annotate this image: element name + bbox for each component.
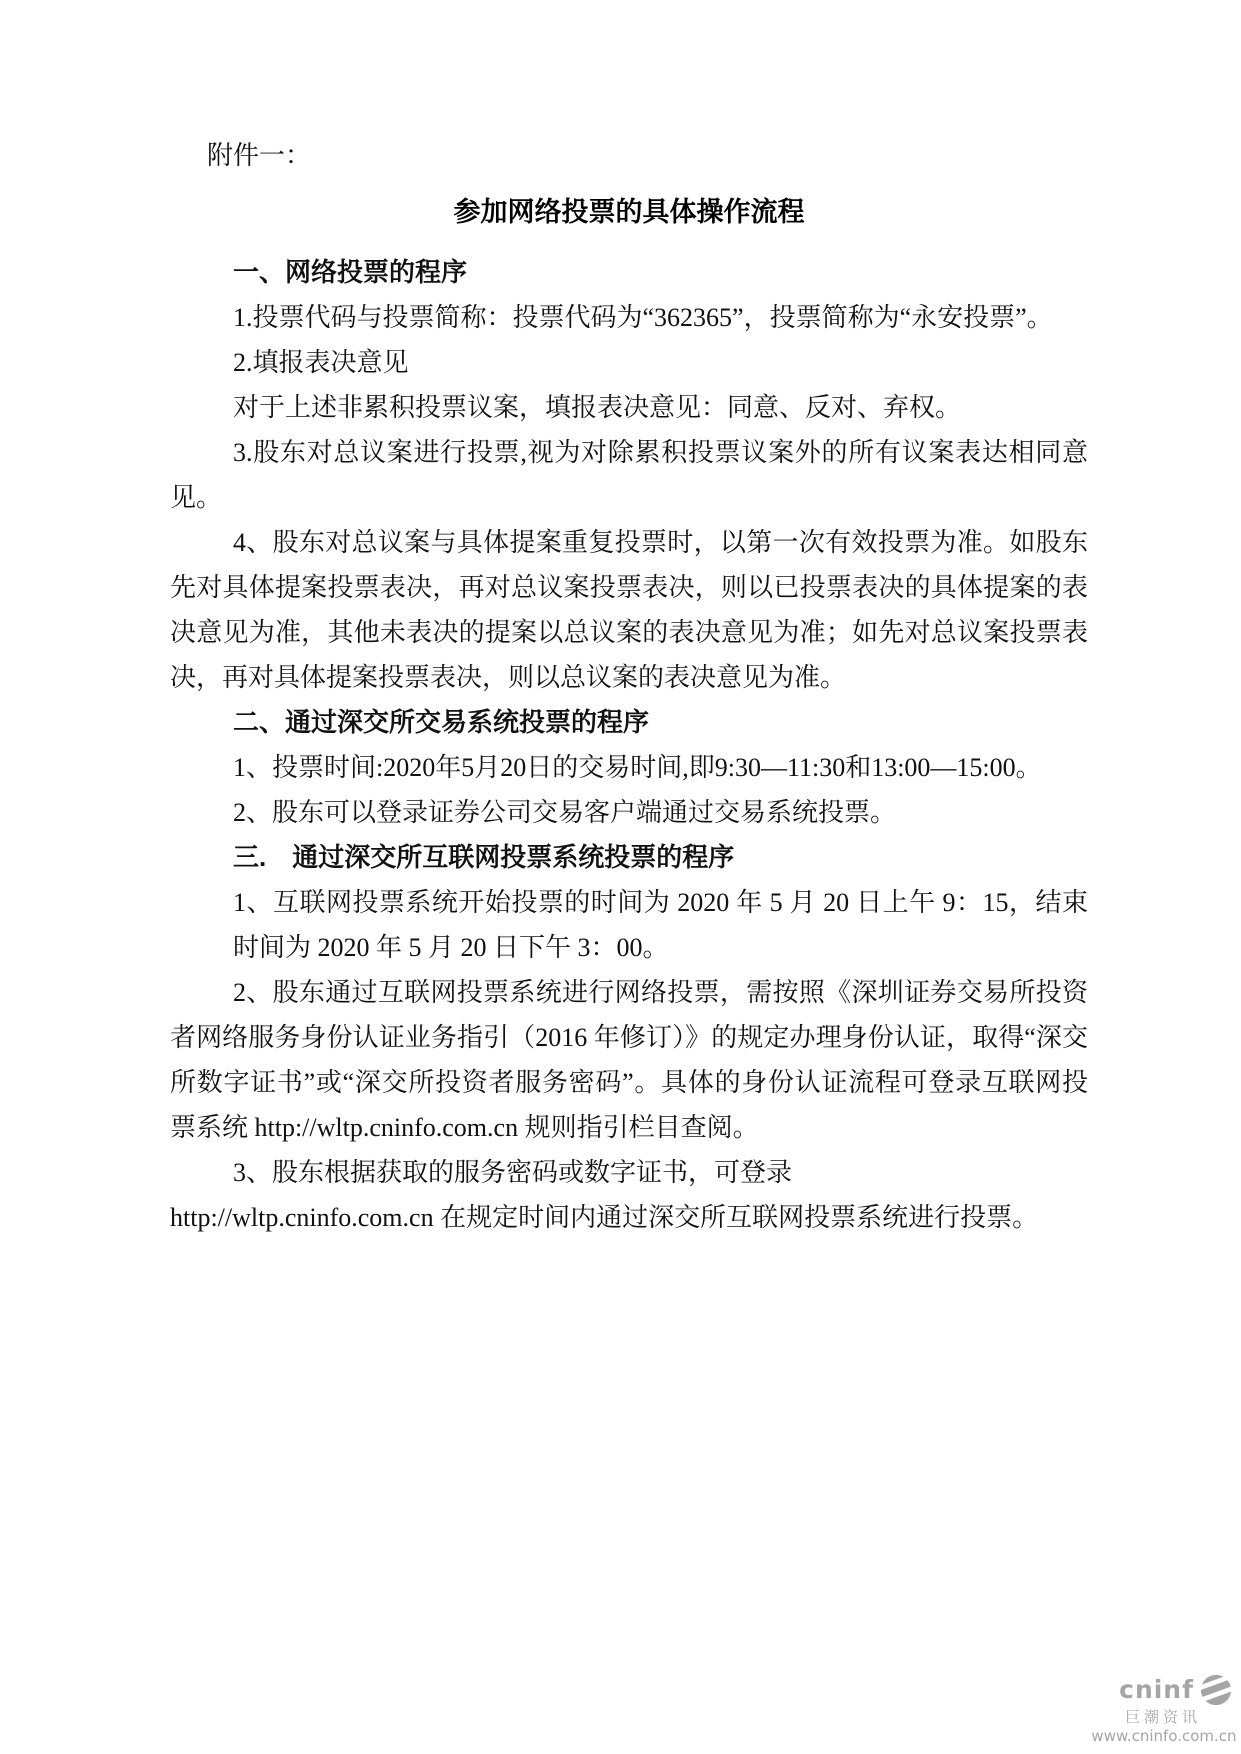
- section-1-paragraph-4: 3.股东对总议案进行投票,视为对除累积投票议案外的所有议案表达相同意见。: [170, 430, 1088, 520]
- section-1-paragraph-3: 对于上述非累积投票议案，填报表决意见：同意、反对、弃权。: [170, 385, 1088, 430]
- cninfo-logo-row: cninf: [1089, 1673, 1239, 1707]
- cninfo-footer-logo: cninf 巨潮资讯 www.cninfo.com.cn: [1089, 1673, 1239, 1746]
- section-2-paragraph-1: 1、投票时间:2020年5月20日的交易时间,即9:30—11:30和13:00…: [170, 745, 1088, 790]
- section-2-paragraph-2: 2、股东可以登录证券公司交易客户端通过交易系统投票。: [170, 790, 1088, 835]
- section-3-paragraph-1: 1、互联网投票系统开始投票的时间为 2020 年 5 月 20 日上午 9：15…: [233, 880, 1088, 970]
- document-page: 附件一： 参加网络投票的具体操作流程 一、网络投票的程序 1.投票代码与投票简称…: [0, 0, 1241, 1754]
- section-3-heading: 三. 通过深交所互联网投票系统投票的程序: [170, 835, 1088, 880]
- section-3-paragraph-2: 2、股东通过互联网投票系统进行网络投票，需按照《深圳证券交易所投资者网络服务身份…: [170, 970, 1088, 1150]
- cninfo-globe-icon: [1197, 1673, 1235, 1707]
- page-title: 参加网络投票的具体操作流程: [170, 187, 1088, 237]
- cninfo-brand-chinese: 巨潮资讯: [1089, 1707, 1239, 1727]
- cninfo-website-url: www.cninfo.com.cn: [1089, 1727, 1239, 1746]
- section-3-paragraph-3-line-2: http://wltp.cninfo.com.cn 在规定时间内通过深交所互联网…: [170, 1203, 1038, 1232]
- attachment-label: 附件一：: [207, 133, 1088, 178]
- section-1-paragraph-5: 4、股东对总议案与具体提案重复投票时，以第一次有效投票为准。如股东先对具体提案投…: [170, 520, 1088, 700]
- document-body: 附件一： 参加网络投票的具体操作流程 一、网络投票的程序 1.投票代码与投票简称…: [170, 133, 1088, 1240]
- cninfo-logo-wordmark: cninf: [1119, 1677, 1194, 1703]
- section-2-heading: 二、通过深交所交易系统投票的程序: [170, 700, 1088, 745]
- section-1-paragraph-1: 1.投票代码与投票简称：投票代码为“362365”，投票简称为“永安投票”。: [170, 295, 1088, 340]
- section-1-paragraph-2: 2.填报表决意见: [170, 340, 1088, 385]
- section-3-paragraph-3: 3、股东根据获取的服务密码或数字证书，可登录http://wltp.cninfo…: [170, 1150, 1088, 1240]
- section-1-heading: 一、网络投票的程序: [170, 250, 1088, 295]
- section-3-paragraph-3-line-1: 3、股东根据获取的服务密码或数字证书，可登录: [233, 1158, 792, 1187]
